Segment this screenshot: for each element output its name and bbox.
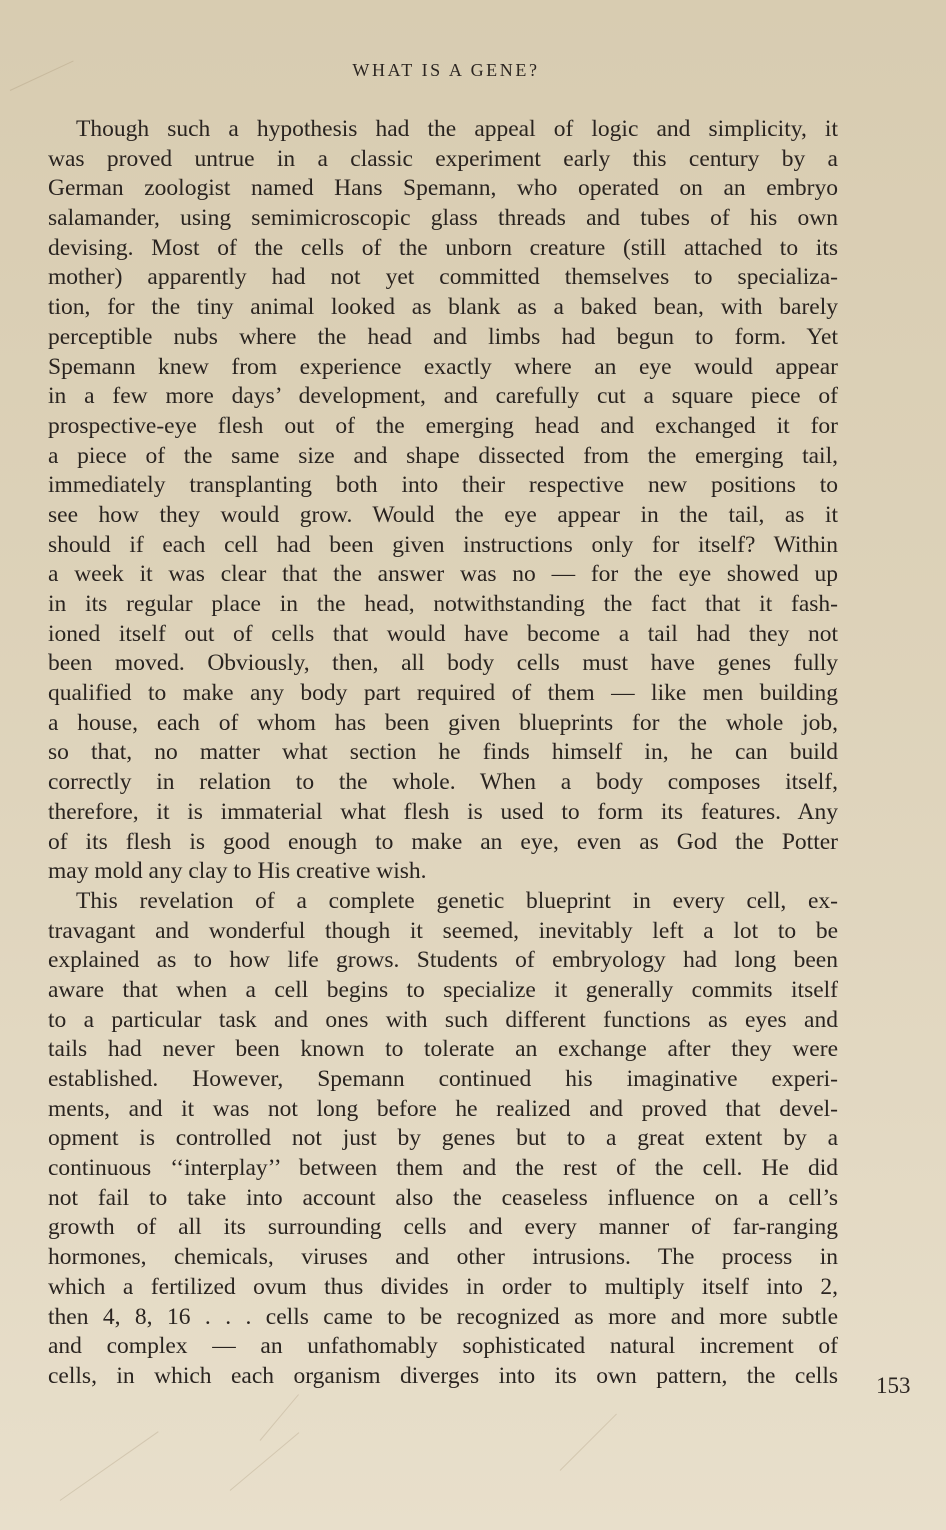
text-line: mother) apparently had not yet committed…: [48, 263, 838, 293]
paper-scratch: [560, 1414, 617, 1471]
paper-scratch: [260, 1394, 299, 1441]
paper-scratch: [230, 1432, 300, 1491]
text-line: in a few more days’ development, and car…: [48, 382, 838, 412]
text-line: should if each cell had been given instr…: [48, 531, 838, 561]
book-page: WHAT IS A GENE? Though such a hypothesis…: [0, 0, 946, 1530]
text-line: continuous ‘‘interplay’’ between them an…: [48, 1154, 838, 1184]
paper-scratch: [60, 1431, 159, 1501]
text-line: been moved. Obviously, then, all body ce…: [48, 649, 838, 679]
text-line: hormones, chemicals, viruses and other i…: [48, 1243, 838, 1273]
text-line: established. However, Spemann continued …: [48, 1065, 838, 1095]
page-number: 153: [876, 1373, 911, 1399]
body-text: Though such a hypothesis had the appeal …: [48, 115, 838, 1392]
text-line: tails had never been known to tolerate a…: [48, 1035, 838, 1065]
text-line: travagant and wonderful though it seemed…: [48, 917, 838, 947]
text-line: which a fertilized ovum thus divides in …: [48, 1273, 838, 1303]
text-line: a week it was clear that the answer was …: [48, 560, 838, 590]
text-line: therefore, it is immaterial what flesh i…: [48, 798, 838, 828]
text-line: opment is controlled not just by genes b…: [48, 1124, 838, 1154]
text-line: cells, in which each organism diverges i…: [48, 1362, 838, 1392]
text-line: was proved untrue in a classic experimen…: [48, 145, 838, 175]
paragraph: Though such a hypothesis had the appeal …: [48, 115, 838, 887]
text-line: German zoologist named Hans Spemann, who…: [48, 174, 838, 204]
running-head: WHAT IS A GENE?: [0, 60, 892, 81]
text-line: ioned itself out of cells that would hav…: [48, 620, 838, 650]
text-line: Though such a hypothesis had the appeal …: [48, 115, 838, 145]
text-line: This revelation of a complete genetic bl…: [48, 887, 838, 917]
text-line: perceptible nubs where the head and limb…: [48, 323, 838, 353]
text-line: see how they would grow. Would the eye a…: [48, 501, 838, 531]
text-line: and complex — an unfathomably sophistica…: [48, 1332, 838, 1362]
text-line: to a particular task and ones with such …: [48, 1006, 838, 1036]
text-line: Spemann knew from experience exactly whe…: [48, 353, 838, 383]
text-line: so that, no matter what section he finds…: [48, 738, 838, 768]
text-line: of its flesh is good enough to make an e…: [48, 828, 838, 858]
text-line: aware that when a cell begins to special…: [48, 976, 838, 1006]
text-line: tion, for the tiny animal looked as blan…: [48, 293, 838, 323]
text-line: growth of all its surrounding cells and …: [48, 1213, 838, 1243]
text-line: salamander, using semimicroscopic glass …: [48, 204, 838, 234]
paragraph: This revelation of a complete genetic bl…: [48, 887, 838, 1392]
text-line: ments, and it was not long before he rea…: [48, 1095, 838, 1125]
text-line: may mold any clay to His creative wish.: [48, 857, 838, 887]
text-line: immediately transplanting both into thei…: [48, 471, 838, 501]
text-line: then 4, 8, 16 . . . cells came to be rec…: [48, 1303, 838, 1333]
text-line: explained as to how life grows. Students…: [48, 946, 838, 976]
text-line: not fail to take into account also the c…: [48, 1184, 838, 1214]
text-line: a piece of the same size and shape disse…: [48, 442, 838, 472]
text-line: qualified to make any body part required…: [48, 679, 838, 709]
text-line: correctly in relation to the whole. When…: [48, 768, 838, 798]
text-line: in its regular place in the head, notwit…: [48, 590, 838, 620]
text-line: a house, each of whom has been given blu…: [48, 709, 838, 739]
text-line: devising. Most of the cells of the unbor…: [48, 234, 838, 264]
text-line: prospective-eye flesh out of the emergin…: [48, 412, 838, 442]
